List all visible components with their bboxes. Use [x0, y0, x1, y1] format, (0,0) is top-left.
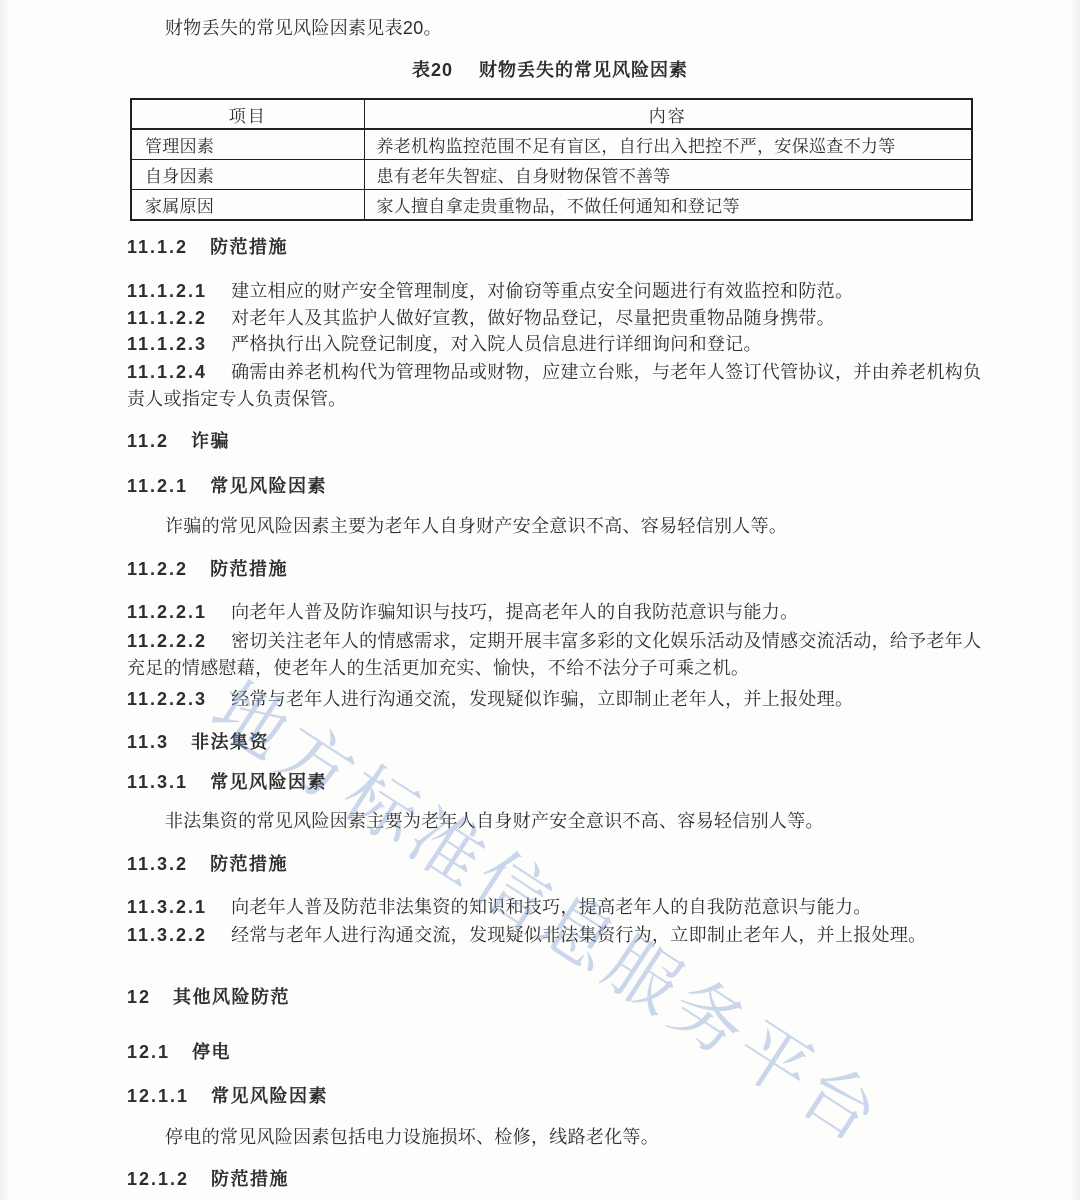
clause-number: 11.3.2 — [127, 854, 188, 874]
table-caption-title: 财物丢失的常见风险因素 — [479, 60, 688, 80]
clause-11-1-2-2: 11.1.2.2对老年人及其监护人做好宣教，做好物品登记，尽量把贵重物品随身携带… — [127, 305, 999, 332]
clause-text: 建立相应的财产安全管理制度，对偷窃等重点安全问题进行有效监控和防范。 — [231, 281, 853, 301]
table-20: 项目 内容 管理因素 养老机构监控范围不足有盲区，自行出入把控不严，安保巡查不力… — [130, 98, 973, 221]
page-edge-shadow-right — [1070, 0, 1080, 1200]
paragraph-11-3-1: 非法集资的常见风险因素主要为老年人自身财产安全意识不高、容易轻信别人等。 — [127, 808, 999, 835]
heading-11-1-2: 11.1.2防范措施 — [127, 234, 999, 261]
heading-11-3-2: 11.3.2防范措施 — [127, 851, 999, 878]
clause-number: 11.2 — [127, 431, 169, 451]
clause-11-3-2-2: 11.3.2.2经常与老年人进行沟通交流，发现疑似非法集资行为，立即制止老年人，… — [127, 922, 999, 949]
clause-number: 12.1.2 — [127, 1169, 189, 1189]
table-cell-item: 自身因素 — [131, 160, 364, 190]
table-row: 管理因素 养老机构监控范围不足有盲区，自行出入把控不严，安保巡查不力等 — [131, 129, 972, 160]
clause-number: 11.1.2 — [127, 237, 188, 257]
clause-title: 防范措施 — [211, 1169, 289, 1189]
page-edge-shadow-left — [0, 0, 10, 1200]
clause-text: 对老年人及其监护人做好宣教，做好物品登记，尽量把贵重物品随身携带。 — [231, 308, 835, 328]
paragraph-text: 停电的常见风险因素包括电力设施损坏、检修，线路老化等。 — [165, 1127, 659, 1147]
table-cell-content: 患有老年失智症、自身财物保管不善等 — [364, 160, 972, 190]
clause-title: 防范措施 — [210, 237, 288, 257]
clause-number: 11.2.2.3 — [127, 689, 207, 709]
paragraph-text: 诈骗的常见风险因素主要为老年人自身财产安全意识不高、容易轻信别人等。 — [165, 516, 787, 536]
clause-title: 常见风险因素 — [210, 476, 327, 496]
intro-paragraph: 财物丢失的常见风险因素见表20。 — [127, 15, 999, 42]
clause-text: 向老年人普及防诈骗知识与技巧，提高老年人的自我防范意识与能力。 — [231, 602, 798, 622]
clause-11-2-2-2: 11.2.2.2密切关注老年人的情感需求，定期开展丰富多彩的文化娱乐活动及情感交… — [127, 628, 999, 682]
document-page: 地方标准信息服务平台 财物丢失的常见风险因素见表20。 表20财物丢失的常见风险… — [0, 0, 1080, 1200]
clause-number: 11.3.2.2 — [127, 925, 207, 945]
clause-11-1-2-1: 11.1.2.1建立相应的财产安全管理制度，对偷窃等重点安全问题进行有效监控和防… — [127, 278, 999, 305]
clause-number: 11.2.2 — [127, 559, 188, 579]
clause-number: 11.2.2.2 — [127, 631, 207, 651]
heading-11-2-2: 11.2.2防范措施 — [127, 556, 999, 583]
table-cell-content: 家人擅自拿走贵重物品，不做任何通知和登记等 — [364, 190, 972, 221]
table-caption: 表20财物丢失的常见风险因素 — [127, 57, 973, 84]
clause-text: 确需由养老机构代为管理物品或财物，应建立台账，与老年人签订代管协议，并由养老机构… — [127, 362, 981, 409]
paragraph-11-2-1: 诈骗的常见风险因素主要为老年人自身财产安全意识不高、容易轻信别人等。 — [127, 513, 999, 540]
clause-11-2-2-1: 11.2.2.1向老年人普及防诈骗知识与技巧，提高老年人的自我防范意识与能力。 — [127, 599, 999, 626]
heading-12-1-1: 12.1.1常见风险因素 — [127, 1083, 999, 1110]
clause-title: 停电 — [192, 1042, 231, 1062]
clause-text: 向老年人普及防范非法集资的知识和技巧，提高老年人的自我防范意识与能力。 — [231, 897, 872, 917]
table-header-item: 项目 — [131, 99, 364, 129]
clause-number: 12.1 — [127, 1042, 170, 1062]
paragraph-12-1-1: 停电的常见风险因素包括电力设施损坏、检修，线路老化等。 — [127, 1124, 999, 1151]
table-cell-item: 家属原因 — [131, 190, 364, 221]
table-caption-number: 表20 — [412, 60, 453, 80]
clause-title: 防范措施 — [210, 854, 288, 874]
clause-11-1-2-4: 11.1.2.4确需由养老机构代为管理物品或财物，应建立台账，与老年人签订代管协… — [127, 359, 999, 413]
heading-11-2-1: 11.2.1常见风险因素 — [127, 473, 999, 500]
clause-number: 11.3.1 — [127, 772, 188, 792]
paragraph-text: 非法集资的常见风险因素主要为老年人自身财产安全意识不高、容易轻信别人等。 — [165, 811, 824, 831]
clause-title: 常见风险因素 — [210, 772, 327, 792]
heading-12-1-2: 12.1.2防范措施 — [127, 1166, 999, 1193]
heading-12-1: 12.1停电 — [127, 1039, 999, 1066]
clause-number: 11.3 — [127, 732, 169, 752]
clause-number: 11.1.2.2 — [127, 308, 207, 328]
table-header-row: 项目 内容 — [131, 99, 972, 129]
clause-text: 严格执行出入院登记制度，对入院人员信息进行详细询问和登记。 — [231, 334, 762, 354]
clause-number: 11.1.2.4 — [127, 362, 207, 382]
clause-11-3-2-1: 11.3.2.1向老年人普及防范非法集资的知识和技巧，提高老年人的自我防范意识与… — [127, 894, 999, 921]
clause-11-1-2-3: 11.1.2.3严格执行出入院登记制度，对入院人员信息进行详细询问和登记。 — [127, 331, 999, 358]
heading-11-2: 11.2诈骗 — [127, 428, 999, 455]
clause-title: 非法集资 — [191, 732, 269, 752]
table-row: 自身因素 患有老年失智症、自身财物保管不善等 — [131, 160, 972, 190]
table-header-content: 内容 — [364, 99, 972, 129]
clause-title: 防范措施 — [210, 559, 288, 579]
clause-11-2-2-3: 11.2.2.3经常与老年人进行沟通交流，发现疑似诈骗，立即制止老年人，并上报处… — [127, 686, 999, 713]
intro-text: 财物丢失的常见风险因素见表20。 — [165, 18, 442, 38]
table-cell-item: 管理因素 — [131, 129, 364, 160]
clause-number: 11.3.2.1 — [127, 897, 207, 917]
clause-title: 常见风险因素 — [211, 1086, 328, 1106]
clause-number: 11.1.2.1 — [127, 281, 207, 301]
heading-11-3-1: 11.3.1常见风险因素 — [127, 769, 999, 796]
table-row: 家属原因 家人擅自拿走贵重物品，不做任何通知和登记等 — [131, 190, 972, 221]
heading-11-3: 11.3非法集资 — [127, 729, 999, 756]
table-cell-content: 养老机构监控范围不足有盲区，自行出入把控不严，安保巡查不力等 — [364, 129, 972, 160]
clause-text: 密切关注老年人的情感需求，定期开展丰富多彩的文化娱乐活动及情感交流活动，给予老年… — [127, 631, 981, 678]
clause-text: 经常与老年人进行沟通交流，发现疑似诈骗，立即制止老年人，并上报处理。 — [231, 689, 853, 709]
clause-number: 11.2.2.1 — [127, 602, 207, 622]
clause-title: 其他风险防范 — [173, 987, 290, 1007]
clause-number: 11.2.1 — [127, 476, 188, 496]
clause-number: 11.1.2.3 — [127, 334, 207, 354]
heading-12: 12其他风险防范 — [127, 984, 999, 1011]
clause-title: 诈骗 — [191, 431, 230, 451]
clause-number: 12.1.1 — [127, 1086, 189, 1106]
clause-number: 12 — [127, 987, 151, 1007]
clause-text: 经常与老年人进行沟通交流，发现疑似非法集资行为，立即制止老年人，并上报处理。 — [231, 925, 926, 945]
